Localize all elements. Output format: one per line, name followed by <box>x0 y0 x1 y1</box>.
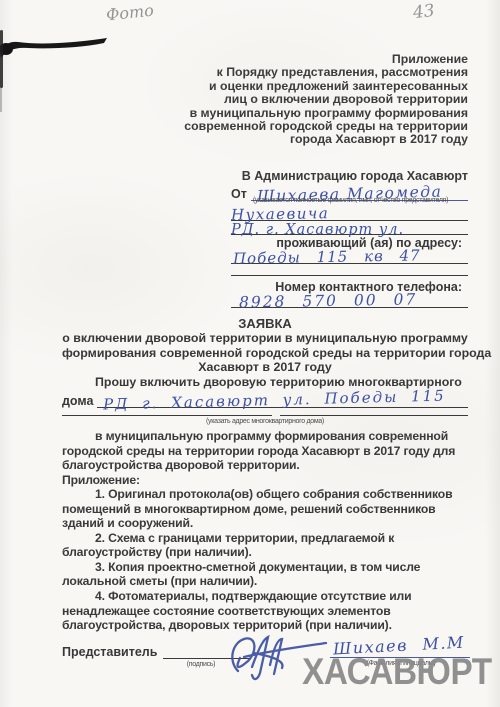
attachments-label: Приложение: <box>62 473 476 488</box>
house-address-caption: (указать адрес многоквартирного дома) <box>62 418 468 425</box>
house-row: дома РД г. Хасавюрт ул. Победы 115 <box>62 388 468 408</box>
header-line: к Порядку представления, рассмотрения <box>184 66 468 79</box>
page-edge-artifact <box>0 30 3 88</box>
empty-form-line <box>231 273 468 276</box>
address-line-2: Победы 115 кв 47 <box>231 247 468 264</box>
house-address-line-right <box>280 413 468 416</box>
house-handwritten: РД г. Хасавюрт ул. Победы 115 <box>103 387 446 414</box>
hasavyurt-watermark: ХАСАВЮРТ <box>302 651 492 693</box>
subtitle-line: Хасавюрт в 2017 году <box>62 360 468 375</box>
body-paragraph: в муниципальную программу формирования с… <box>62 429 476 473</box>
scanned-application-form: Фото 43 Приложение к Порядку представлен… <box>0 0 500 707</box>
phone-handwritten: 8928 570 00 07 <box>239 290 418 311</box>
attachment-item: 3. Копия проектно-сметной документации, … <box>62 560 476 589</box>
header-line: лиц о включении дворовой территории <box>184 93 468 106</box>
addressee-line: В Администрацию города Хасавюрт <box>242 169 468 183</box>
subtitle-line: о включении дворовой территории в муници… <box>62 331 468 346</box>
header-line: и оценки предложений заинтересованных <box>184 80 468 93</box>
address-line-1: РД. г. Хасавюрт ул. <box>231 221 468 235</box>
house-address-line-left <box>62 413 272 416</box>
application-title: ЗАЯВКА <box>62 316 468 331</box>
page-edge-artifact <box>0 86 2 112</box>
staple-smudge-mark <box>0 32 118 62</box>
header-line: Приложение <box>184 53 468 66</box>
attachment-item: 2. Схема с границами территории, предлаг… <box>62 531 476 560</box>
house-label: дома <box>62 394 93 408</box>
application-body: в муниципальную программу формирования с… <box>62 429 476 633</box>
header-line: современной городской среды на территори… <box>184 120 468 133</box>
attachment-item: 1. Оригинал протокола(ов) общего собрани… <box>62 487 476 531</box>
representative-label: Представитель <box>62 645 157 659</box>
address-handwritten-2: Победы 115 кв 47 <box>233 246 421 267</box>
phone-line: 8928 570 00 07 <box>231 289 468 308</box>
header-line: в муниципальную программу формирования <box>184 107 468 120</box>
pencil-note: Фото <box>105 1 154 25</box>
patronymic-line: Нухаевича <box>231 203 468 221</box>
application-subtitle: о включении дворовой территории в муници… <box>62 331 468 375</box>
document-header: Приложение к Порядку представления, расс… <box>184 53 468 147</box>
subtitle-line: формирования современной городской среды… <box>62 346 468 361</box>
header-line: города Хасавюрт в 2017 году <box>184 133 468 146</box>
house-underline: РД г. Хасавюрт ул. Победы 115 <box>97 388 468 408</box>
page-number: 43 <box>412 1 436 23</box>
